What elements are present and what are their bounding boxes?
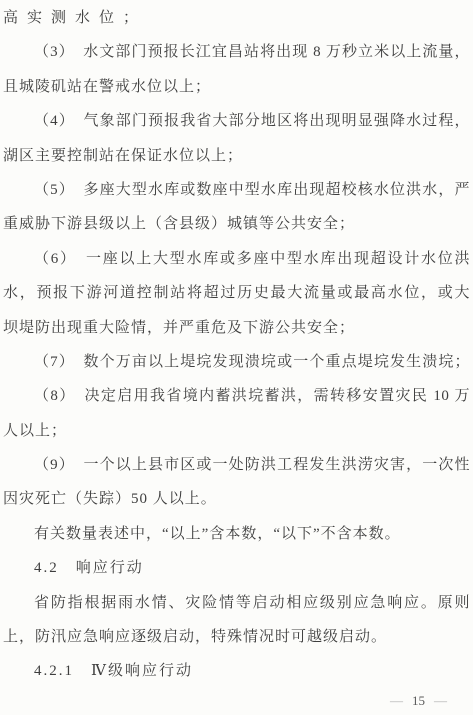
text-line: 因灾死亡（失踪）50 人以上。 bbox=[3, 482, 470, 516]
footer-dash-right: — bbox=[434, 693, 447, 708]
footer-dash-left: — bbox=[390, 693, 403, 708]
text-line: （5） 多座大型水库或数座中型水库出现超校核水位洪水，严 bbox=[3, 173, 470, 207]
text-line: 上，防汛应急响应逐级启动，特殊情况时可越级启动。 bbox=[3, 620, 470, 654]
text-line: 有关数量表述中，“以上”含本数，“以下”不含本数。 bbox=[3, 517, 470, 551]
text-line: （8） 决定启用我省境内蓄洪垸蓄洪，需转移安置灾民 10 万 bbox=[3, 379, 470, 413]
text-line: 高实测水位； bbox=[3, 1, 470, 35]
text-line: 且城陵矶站在警戒水位以上； bbox=[3, 70, 470, 104]
page-footer: —15— bbox=[390, 694, 447, 708]
text-line: （4） 气象部门预报我省大部分地区将出现明显强降水过程， bbox=[3, 104, 470, 138]
text-line: （7） 数个万亩以上堤垸发现溃垸或一个重点堤垸发生溃垸； bbox=[3, 345, 470, 379]
text-line: 湖区主要控制站在保证水位以上； bbox=[3, 139, 470, 173]
page-body: 高实测水位；（3） 水文部门预报长江宜昌站将出现 8 万秒立米以上流量，且城陵矶… bbox=[3, 1, 470, 689]
page-number: 15 bbox=[403, 693, 434, 708]
text-line: 坝堤防出现重大险情，并严重危及下游公共安全； bbox=[3, 311, 470, 345]
text-line: （3） 水文部门预报长江宜昌站将出现 8 万秒立米以上流量， bbox=[3, 35, 470, 69]
text-line: （6） 一座以上大型水库或多座中型水库出现超设计水位洪 bbox=[3, 242, 470, 276]
text-line: 水，预报下游河道控制站将超过历史最大流量或最高水位，或大 bbox=[3, 276, 470, 310]
heading-line: 4.2.1 Ⅳ级响应行动 bbox=[3, 654, 470, 688]
document-page: 高实测水位；（3） 水文部门预报长江宜昌站将出现 8 万秒立米以上流量，且城陵矶… bbox=[0, 0, 473, 715]
text-line: 人以上； bbox=[3, 414, 470, 448]
text-line: 省防指根据雨水情、灾险情等启动相应级别应急响应。原则 bbox=[3, 586, 470, 620]
text-line: （9） 一个以上县市区或一处防洪工程发生洪涝灾害，一次性 bbox=[3, 448, 470, 482]
heading-line: 4.2 响应行动 bbox=[3, 551, 470, 585]
text-line: 重威胁下游县级以上（含县级）城镇等公共安全； bbox=[3, 207, 470, 241]
